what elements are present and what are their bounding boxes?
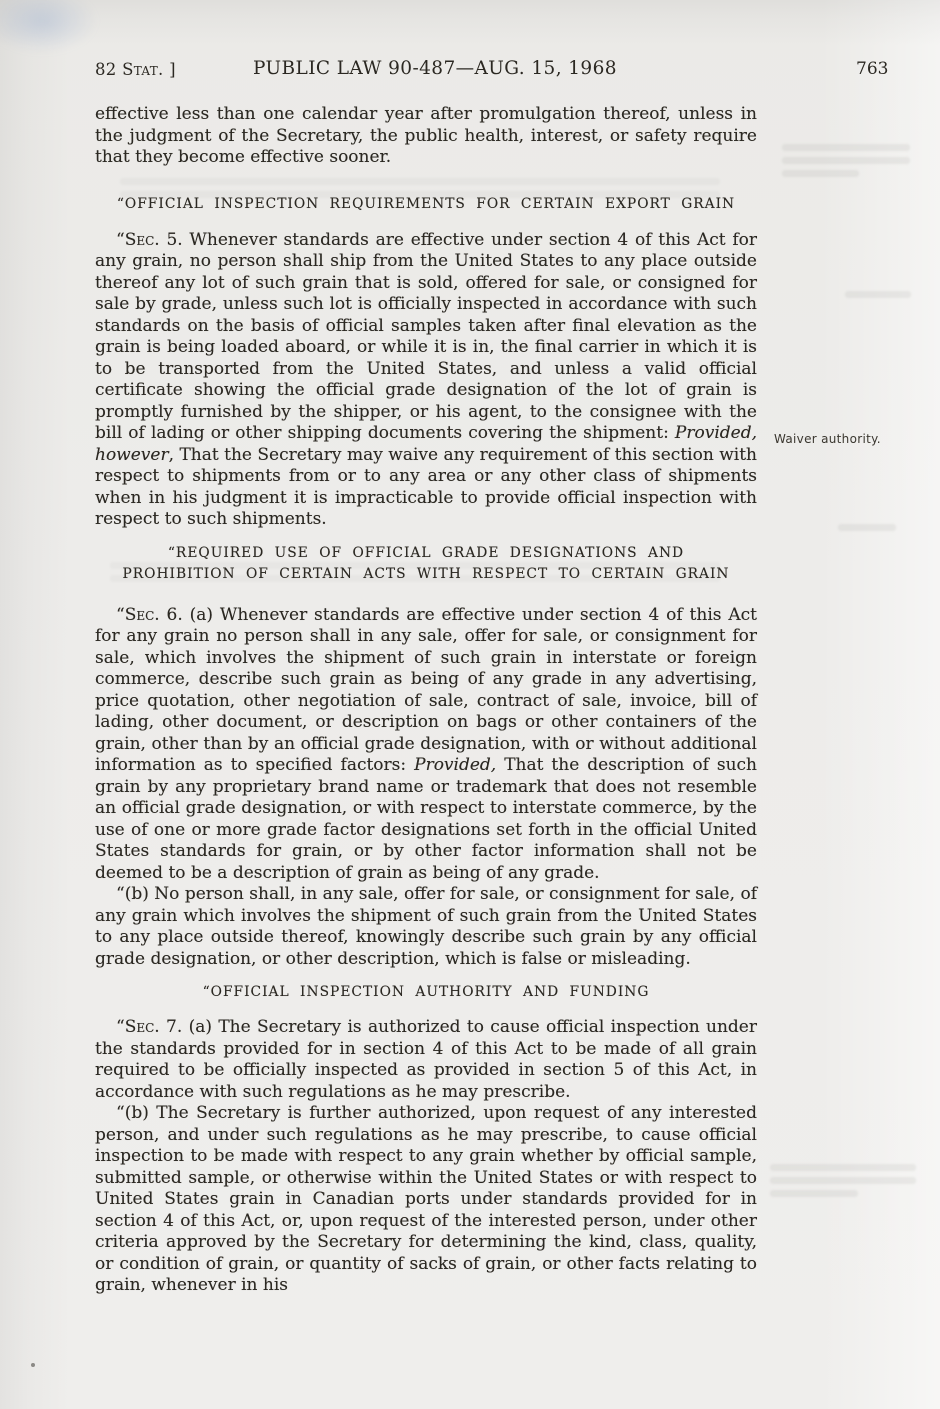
section-heading-authority-funding: “OFFICIAL INSPECTION AUTHORITY AND FUNDI… bbox=[95, 982, 757, 1003]
bleed-through-artifact bbox=[770, 1158, 916, 1203]
section-5-text-before-proviso: Whenever standards are effective under s… bbox=[95, 230, 757, 444]
section-5-text-after-proviso: , That the Secretary may waive any requi… bbox=[95, 445, 757, 530]
statutes-volume-citation: 82 Stat. ] bbox=[95, 60, 176, 79]
section-5-paragraph: “Sec. 5. Whenever standards are effectiv… bbox=[95, 230, 757, 531]
section-6a-proviso-italic: Provided, bbox=[414, 755, 496, 775]
margin-note-waiver-authority: Waiver authority. bbox=[774, 432, 924, 447]
section-6a-paragraph: “Sec. 6. (a) Whenever standards are effe… bbox=[95, 605, 757, 885]
scanned-statute-page: 82 Stat. ] PUBLIC LAW 90-487—AUG. 15, 19… bbox=[0, 0, 940, 1409]
section-7-number: “Sec. 7. bbox=[116, 1017, 182, 1037]
bleed-through-artifact bbox=[838, 518, 896, 537]
page-number: 763 bbox=[856, 59, 888, 79]
section-7b-paragraph: “(b) The Secretary is further authorized… bbox=[95, 1103, 757, 1297]
section-heading-grade-designations: “REQUIRED USE OF OFFICIAL GRADE DESIGNAT… bbox=[110, 543, 742, 585]
scan-smudge-artifact bbox=[0, 0, 102, 56]
intro-paragraph: effective less than one calendar year af… bbox=[95, 104, 757, 169]
law-title-header: PUBLIC LAW 90-487—AUG. 15, 1968 bbox=[253, 58, 617, 79]
scan-speck-artifact bbox=[31, 1363, 35, 1367]
bleed-through-artifact bbox=[845, 285, 911, 304]
bleed-through-artifact bbox=[782, 138, 910, 183]
section-5-number: “Sec. 5. bbox=[116, 230, 183, 250]
statute-text-column: effective less than one calendar year af… bbox=[95, 104, 757, 1297]
section-6b-paragraph: “(b) No person shall, in any sale, offer… bbox=[95, 884, 757, 970]
section-heading-export-grain: “OFFICIAL INSPECTION REQUIREMENTS FOR CE… bbox=[95, 194, 757, 215]
section-7a-paragraph: “Sec. 7. (a) The Secretary is authorized… bbox=[95, 1017, 757, 1103]
section-7a-text: (a) The Secretary is authorized to cause… bbox=[95, 1017, 757, 1102]
section-6a-text-before-proviso: (a) Whenever standards are effective und… bbox=[95, 605, 757, 776]
section-6-number: “Sec. 6. bbox=[116, 605, 183, 625]
